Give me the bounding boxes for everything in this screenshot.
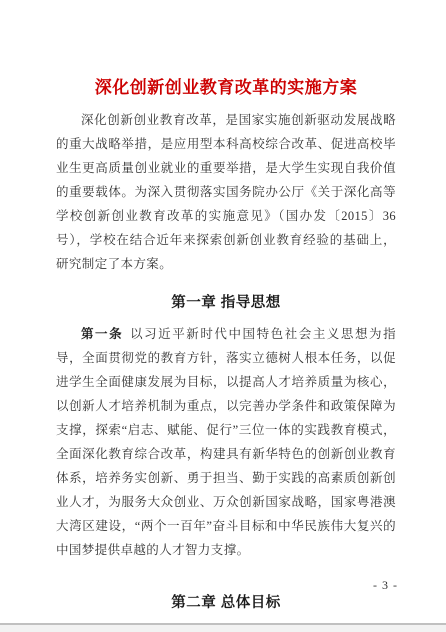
article-1-text: 以习近平新时代中国特色社会主义思想为指导，全面贯彻党的教育方针，落实立德树人根本… — [56, 327, 396, 557]
chapter-2-heading: 第二章 总体目标 — [56, 592, 396, 614]
chapter-1-heading: 第一章 指导思想 — [56, 292, 396, 314]
document-page: 深化创新创业教育改革的实施方案 深化创新创业教育改革，是国家实施创新驱动发展战略… — [0, 0, 446, 632]
page-number: - 3 - — [373, 577, 398, 593]
page-bottom-edge — [0, 623, 446, 632]
page-content: 深化创新创业教育改革的实施方案 深化创新创业教育改革，是国家实施创新驱动发展战略… — [56, 76, 396, 622]
intro-paragraph: 深化创新创业教育改革，是国家实施创新驱动发展战略的重大战略举措，是应用型本科高校… — [56, 108, 396, 276]
article-1-label: 第一条 — [81, 327, 123, 341]
article-1-paragraph: 第一条以习近平新时代中国特色社会主义思想为指导，全面贯彻党的教育方针，落实立德树… — [56, 322, 396, 562]
document-title: 深化创新创业教育改革的实施方案 — [56, 76, 396, 100]
